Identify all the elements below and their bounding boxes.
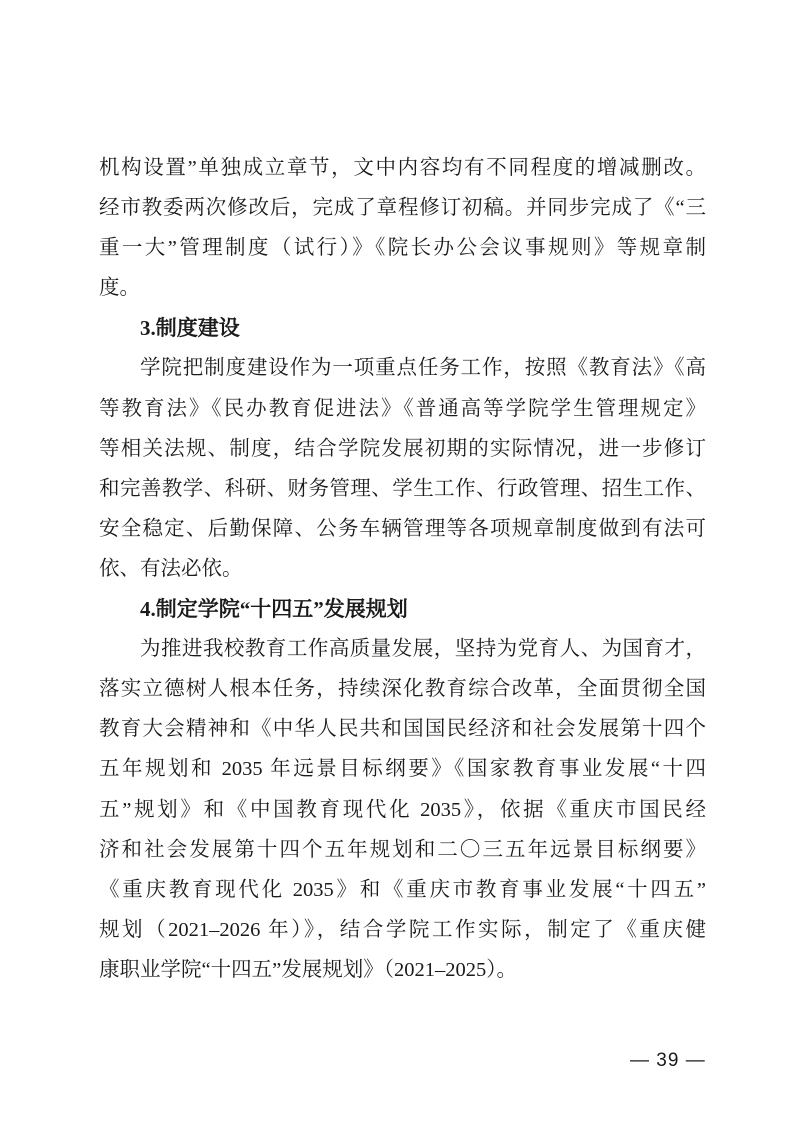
paragraph-line: 等相关法规、制度，结合学院发展初期的实际情况，进一步修订 [99,429,706,469]
section-heading-3: 3.制度建设 [99,308,706,348]
paragraph-line: 依、有法必依。 [99,549,706,589]
paragraph-line: 济和社会发展第十四个五年规划和二〇三五年远景目标纲要》 [99,830,706,870]
section-heading-4: 4.制定学院“十四五”发展规划 [99,589,706,629]
paragraph-line: 学院把制度建设作为一项重点任务工作，按照《教育法》《高 [99,348,706,388]
paragraph-line: 教育大会精神和《中华人民共和国国民经济和社会发展第十四个 [99,709,706,749]
document-body: 机构设置”单独成立章节，文中内容均有不同程度的增减删改。 经市教委两次修改后，完… [99,148,706,990]
document-page: 机构设置”单独成立章节，文中内容均有不同程度的增减删改。 经市教委两次修改后，完… [0,0,800,1131]
paragraph-line: 康职业学院“十四五”发展规划》（2021–2025）。 [99,950,706,990]
paragraph-line: 度。 [99,268,706,308]
paragraph-line: 为推进我校教育工作高质量发展，坚持为党育人、为国育才， [99,629,706,669]
paragraph-line: 五年规划和 2035 年远景目标纲要》《国家教育事业发展“十四 [99,749,706,789]
paragraph-line: 等教育法》《民办教育促进法》《普通高等学院学生管理规定》 [99,389,706,429]
page-number: — 39 — [630,1048,710,1074]
paragraph-line: 落实立德树人根本任务，持续深化教育综合改革，全面贯彻全国 [99,669,706,709]
paragraph-line: 五”规划》和《中国教育现代化 2035》，依据《重庆市国民经 [99,790,706,830]
paragraph-line: 经市教委两次修改后，完成了章程修订初稿。并同步完成了《“三 [99,188,706,228]
paragraph-line: 《重庆教育现代化 2035》和《重庆市教育事业发展“十四五” [99,870,706,910]
paragraph-line: 规划（2021–2026 年）》，结合学院工作实际，制定了《重庆健 [99,910,706,950]
paragraph-line: 机构设置”单独成立章节，文中内容均有不同程度的增减删改。 [99,148,706,188]
paragraph-line: 和完善教学、科研、财务管理、学生工作、行政管理、招生工作、 [99,469,706,509]
paragraph-line: 重一大”管理制度（试行）》《院长办公会议事规则》等规章制 [99,228,706,268]
paragraph-line: 安全稳定、后勤保障、公务车辆管理等各项规章制度做到有法可 [99,509,706,549]
